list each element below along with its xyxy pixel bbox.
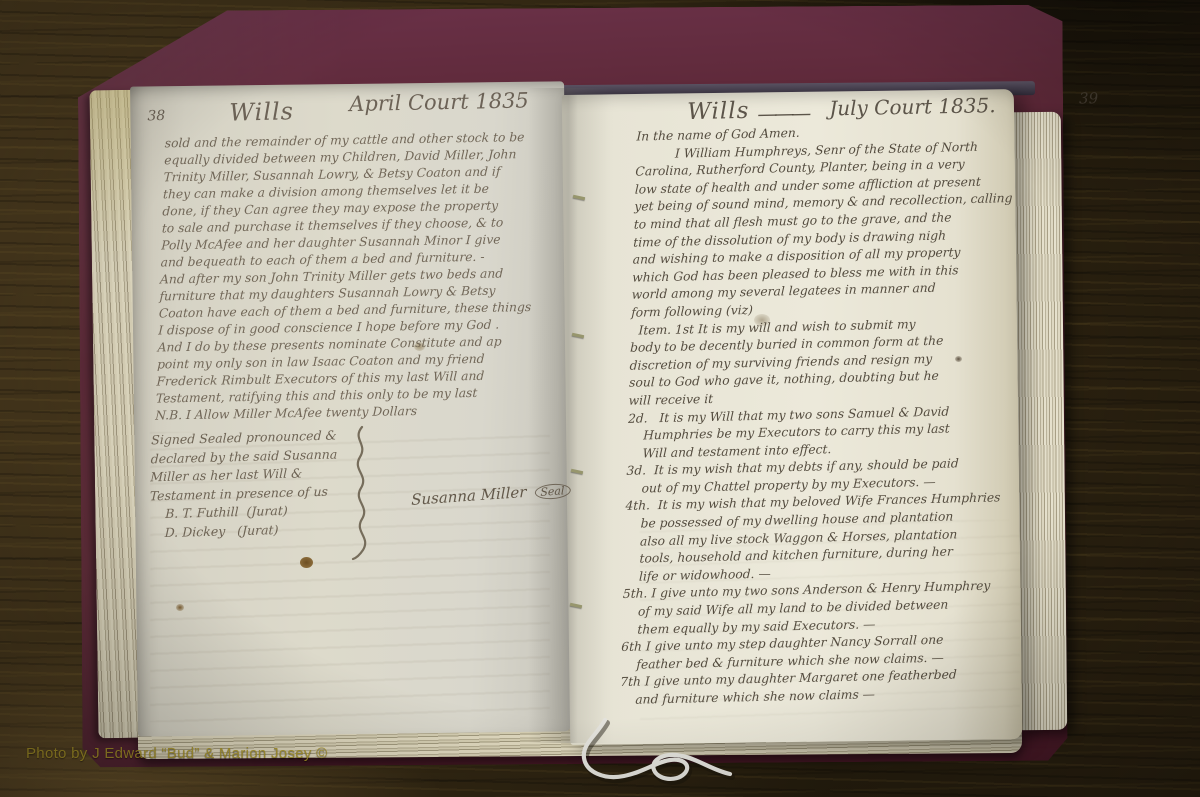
photo-credit-watermark: Photo by J Edward “Bud” & Marion Josey © [26, 745, 328, 762]
right-page [562, 89, 1022, 745]
wood-table: 38 Wills April Court 1835 sold and the r… [0, 0, 1200, 797]
bookmark-string [558, 712, 793, 797]
left-page [130, 81, 572, 736]
seal-mark: Seal [534, 483, 570, 501]
right-page-number: 39 [1079, 89, 1098, 107]
signature-name: Susanna Miller [411, 483, 526, 509]
witness-brace-flourish [348, 424, 374, 562]
